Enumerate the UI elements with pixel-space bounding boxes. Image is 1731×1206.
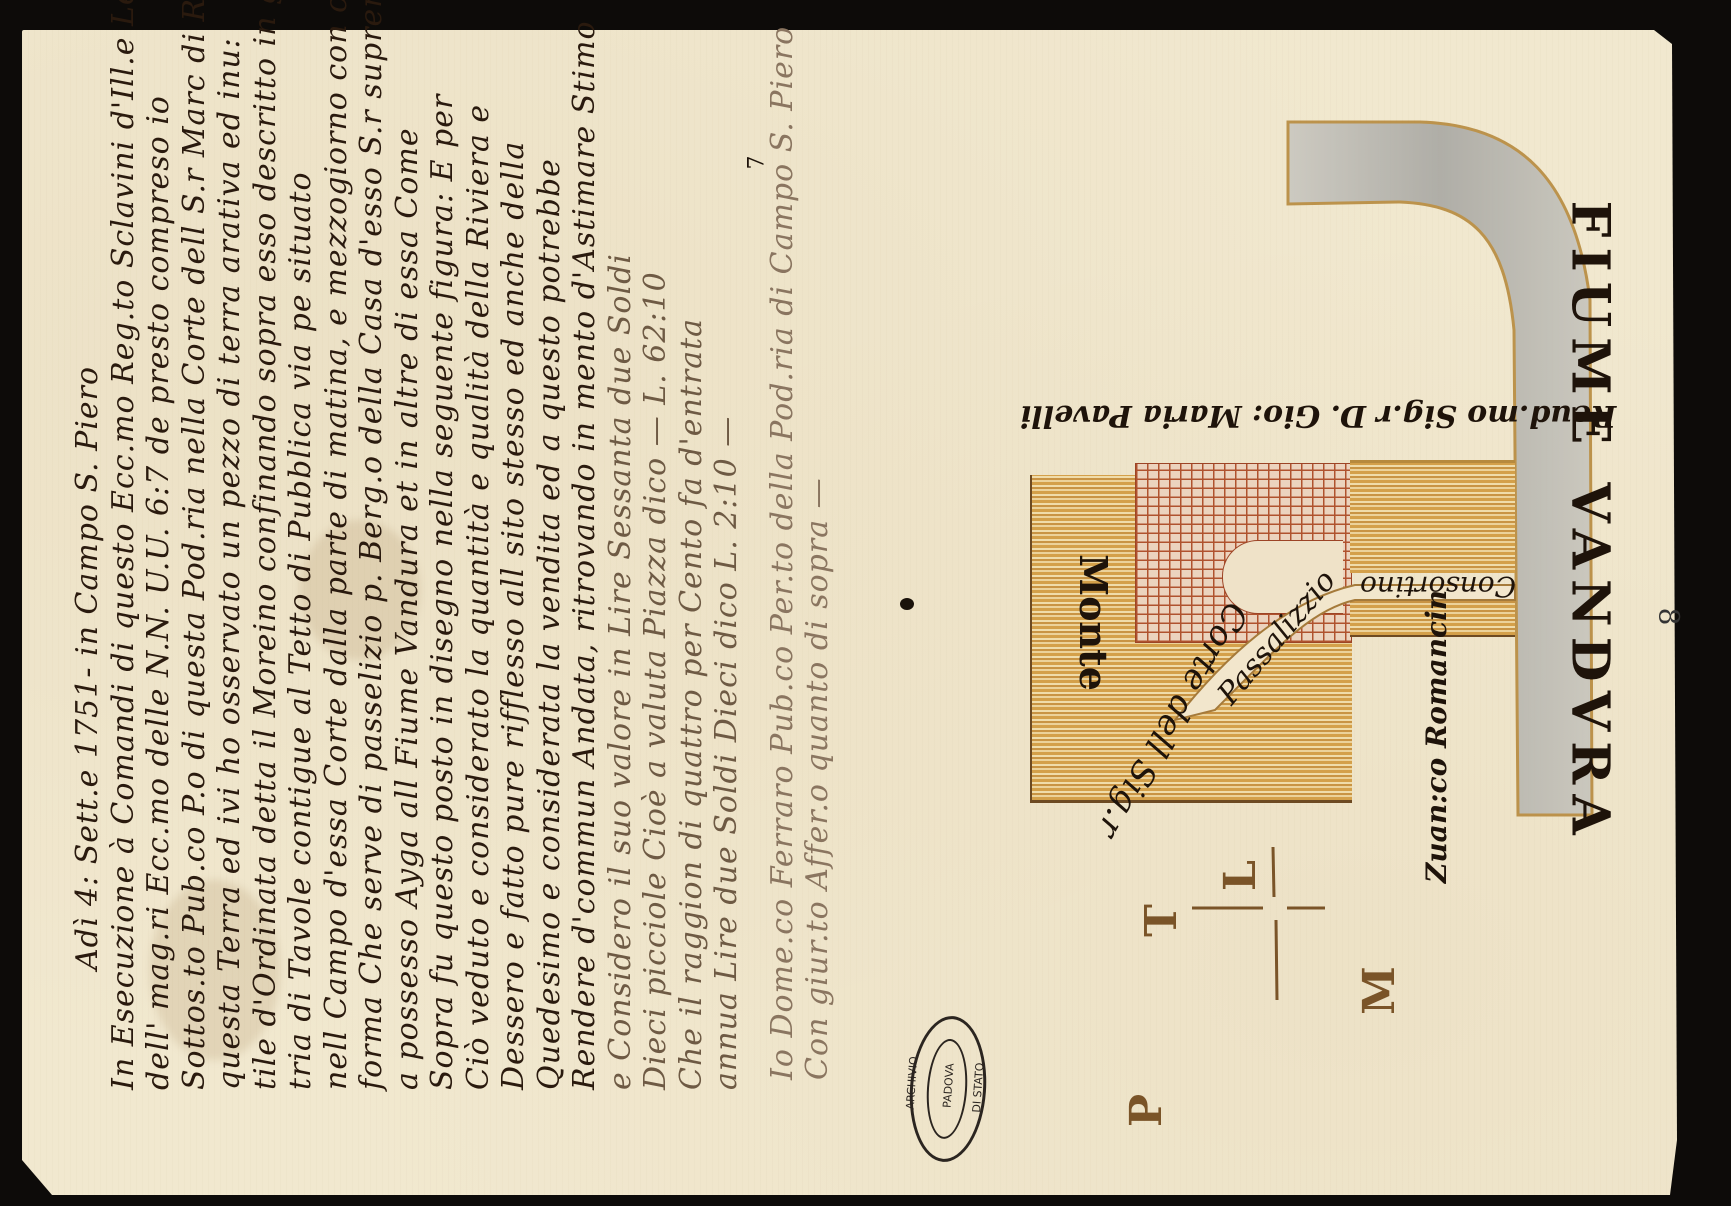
compass-top-T: T: [1136, 904, 1187, 937]
compass-cross: [0, 0, 1731, 1206]
compass-bottom-L: L: [1215, 860, 1266, 891]
property-map: FIUME VANDVRA Reud.mo Sig.r D. Gio: Mari…: [0, 0, 1731, 1206]
compass-right-M: M: [1354, 966, 1405, 1015]
stamp-line-archivio: ARCHIVIO: [904, 1056, 921, 1110]
stamp-line-di-stato: DI STATO: [970, 1062, 986, 1113]
compass-left-P: P: [1121, 1094, 1172, 1127]
